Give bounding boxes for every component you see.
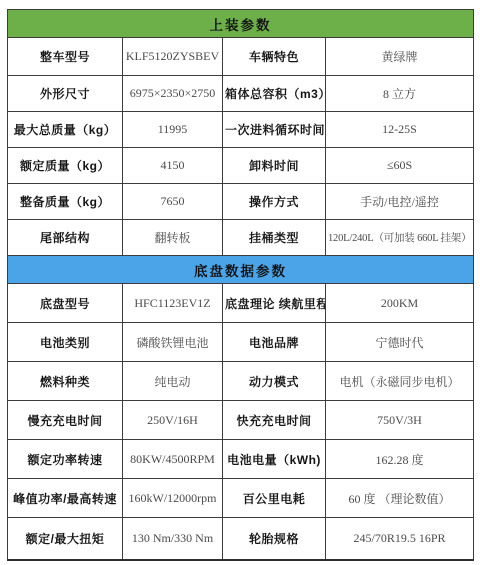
table-row: 峰值功率/最高转速 160kW/12000rpm 百公里电耗 60 度 （理论数… xyxy=(8,479,474,518)
spec-value: 11995 xyxy=(123,112,223,148)
spec-value: 宁德时代 xyxy=(326,323,474,362)
spec-label: 峰值功率/最高转速 xyxy=(8,479,123,518)
spec-label: 车辆特色 xyxy=(223,38,326,76)
spec-value: 80KW/4500RPM xyxy=(123,440,223,479)
spec-label: 最大总质量（kg） xyxy=(8,112,123,148)
spec-label: 挂桶类型 xyxy=(223,220,326,256)
spec-value: 电机（永磁同步电机） xyxy=(326,362,474,401)
spec-value: 245/70R19.5 16PR xyxy=(326,518,474,560)
spec-label: 快充充电时间 xyxy=(223,401,326,440)
table-row: 最大总质量（kg） 11995 一次进料循环时间 12-25S xyxy=(8,112,474,148)
spec-value: 纯电动 xyxy=(123,362,223,401)
spec-label: 尾部结构 xyxy=(8,220,123,256)
spec-value: 8 立方 xyxy=(326,76,474,112)
spec-value: 200KM xyxy=(326,284,474,323)
chassis-section-title: 底盘数据参数 xyxy=(8,256,474,284)
table-row: 电池类别 磷酸铁锂电池 电池品牌 宁德时代 xyxy=(8,323,474,362)
spec-value: 162.28 度 xyxy=(326,440,474,479)
spec-value: KLF5120ZYSBEV xyxy=(123,38,223,76)
spec-label: 整备质量（kg） xyxy=(8,184,123,220)
spec-label: 底盘理论 续航里程 xyxy=(223,284,326,323)
spec-value: 60 度 （理论数值） xyxy=(326,479,474,518)
spec-label: 卸料时间 xyxy=(223,148,326,184)
spec-label: 轮胎规格 xyxy=(223,518,326,560)
spec-value: 7650 xyxy=(123,184,223,220)
spec-value: 磷酸铁锂电池 xyxy=(123,323,223,362)
spec-label: 额定/最大扭矩 xyxy=(8,518,123,560)
table-row: 整车型号 KLF5120ZYSBEV 车辆特色 黄绿牌 xyxy=(8,38,474,76)
spec-label: 整车型号 xyxy=(8,38,123,76)
table-row: 底盘型号 HFC1123EV1Z 底盘理论 续航里程 200KM xyxy=(8,284,474,323)
spec-label: 燃料种类 xyxy=(8,362,123,401)
spec-label: 一次进料循环时间 xyxy=(223,112,326,148)
table-row: 燃料种类 纯电动 动力模式 电机（永磁同步电机） xyxy=(8,362,474,401)
spec-table: 上装参数 整车型号 KLF5120ZYSBEV 车辆特色 黄绿牌 外形尺寸 69… xyxy=(7,9,474,561)
spec-value: 250V/16H xyxy=(123,401,223,440)
table-row: 整备质量（kg） 7650 操作方式 手动/电控/遥控 xyxy=(8,184,474,220)
table-row: 额定功率转速 80KW/4500RPM 电池电量（kWh) 162.28 度 xyxy=(8,440,474,479)
spec-label: 百公里电耗 xyxy=(223,479,326,518)
upper-body-section-title: 上装参数 xyxy=(8,10,474,38)
spec-label: 电池品牌 xyxy=(223,323,326,362)
spec-label: 电池类别 xyxy=(8,323,123,362)
table-row: 慢充充电时间 250V/16H 快充充电时间 750V/3H xyxy=(8,401,474,440)
spec-sheet: 上装参数 整车型号 KLF5120ZYSBEV 车辆特色 黄绿牌 外形尺寸 69… xyxy=(7,9,473,561)
section-header-row: 上装参数 xyxy=(8,10,474,38)
spec-value: 4150 xyxy=(123,148,223,184)
spec-value: 手动/电控/遥控 xyxy=(326,184,474,220)
table-row: 外形尺寸 6975×2350×2750 箱体总容积（m3） 8 立方 xyxy=(8,76,474,112)
spec-value: HFC1123EV1Z xyxy=(123,284,223,323)
spec-value: 130 Nm/330 Nm xyxy=(123,518,223,560)
table-row: 额定质量（kg） 4150 卸料时间 ≤60S xyxy=(8,148,474,184)
spec-value: ≤60S xyxy=(326,148,474,184)
spec-value: 翻转板 xyxy=(123,220,223,256)
spec-value: 160kW/12000rpm xyxy=(123,479,223,518)
spec-label: 箱体总容积（m3） xyxy=(223,76,326,112)
spec-label: 慢充充电时间 xyxy=(8,401,123,440)
spec-label: 额定质量（kg） xyxy=(8,148,123,184)
spec-value: 750V/3H xyxy=(326,401,474,440)
spec-label: 额定功率转速 xyxy=(8,440,123,479)
table-row: 额定/最大扭矩 130 Nm/330 Nm 轮胎规格 245/70R19.5 1… xyxy=(8,518,474,560)
spec-label: 电池电量（kWh) xyxy=(223,440,326,479)
spec-value: 6975×2350×2750 xyxy=(123,76,223,112)
spec-value: 120L/240L（可加装 660L 挂架） xyxy=(326,220,474,256)
section-header-row: 底盘数据参数 xyxy=(8,256,474,284)
table-row: 尾部结构 翻转板 挂桶类型 120L/240L（可加装 660L 挂架） xyxy=(8,220,474,256)
spec-label: 动力模式 xyxy=(223,362,326,401)
spec-value: 12-25S xyxy=(326,112,474,148)
spec-label: 底盘型号 xyxy=(8,284,123,323)
spec-label: 外形尺寸 xyxy=(8,76,123,112)
spec-label: 操作方式 xyxy=(223,184,326,220)
spec-value: 黄绿牌 xyxy=(326,38,474,76)
